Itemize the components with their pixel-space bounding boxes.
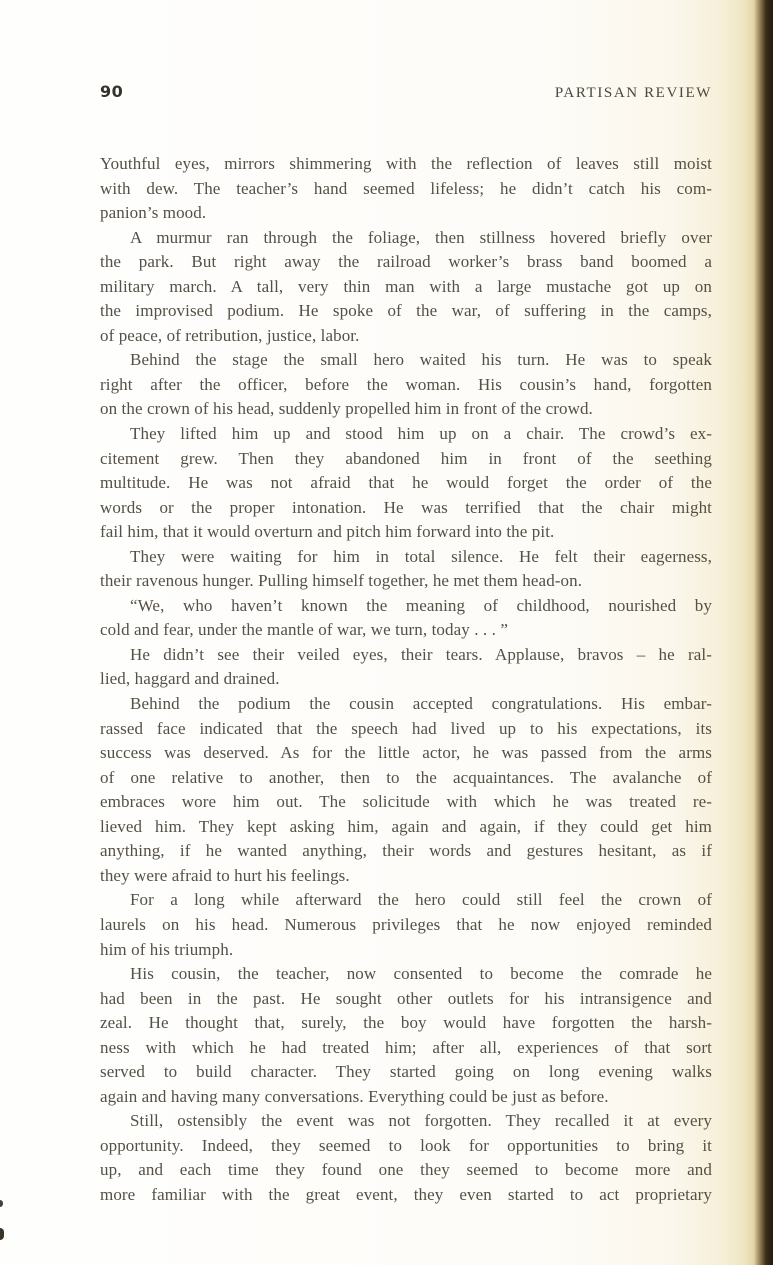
text-line: military march. A tall, very thin man wi… xyxy=(100,275,712,300)
text-line: success was deserved. As for the little … xyxy=(100,741,712,766)
paragraph: Behind the podium the cousin accepted co… xyxy=(100,692,712,888)
text-line: of one relative to another, then to the … xyxy=(100,766,712,791)
paragraph: “We, who haven’t known the meaning of ch… xyxy=(100,594,712,643)
paragraph: They lifted him up and stood him up on a… xyxy=(100,422,712,545)
paragraph: Youthful eyes, mirrors shimmering with t… xyxy=(100,152,712,226)
text-line: rassed face indicated that the speech ha… xyxy=(100,717,712,742)
text-line: They lifted him up and stood him up on a… xyxy=(100,422,712,447)
text-line: zeal. He thought that, surely, the boy w… xyxy=(100,1011,712,1036)
text-line: again and having many conversations. Eve… xyxy=(100,1085,712,1110)
paragraph: Behind the stage the small hero waited h… xyxy=(100,348,712,422)
text-line: They were waiting for him in total silen… xyxy=(100,545,712,570)
running-header: 90 PARTISAN REVIEW xyxy=(100,82,712,102)
text-line: right after the officer, before the woma… xyxy=(100,373,712,398)
text-line: the park. But right away the railroad wo… xyxy=(100,250,712,275)
text-line: panion’s mood. xyxy=(100,201,712,226)
paragraph: Still, ostensibly the event was not forg… xyxy=(100,1109,712,1207)
text-line: Youthful eyes, mirrors shimmering with t… xyxy=(100,152,712,177)
text-line: their ravenous hunger. Pulling himself t… xyxy=(100,569,712,594)
body-text: Youthful eyes, mirrors shimmering with t… xyxy=(100,152,712,1208)
text-line: fail him, that it would overturn and pit… xyxy=(100,520,712,545)
text-line: cold and fear, under the mantle of war, … xyxy=(100,618,712,643)
text-line: citement grew. Then they abandoned him i… xyxy=(100,447,712,472)
text-line: words or the proper intonation. He was t… xyxy=(100,496,712,521)
text-line: lied, haggard and drained. xyxy=(100,667,712,692)
text-line: Behind the podium the cousin accepted co… xyxy=(100,692,712,717)
paragraph: They were waiting for him in total silen… xyxy=(100,545,712,594)
text-line: they were afraid to hurt his feelings. xyxy=(100,864,712,889)
paragraph: For a long while afterward the hero coul… xyxy=(100,888,712,962)
scanned-book-page: 90 PARTISAN REVIEW Youthful eyes, mirror… xyxy=(0,0,773,1265)
text-line: multitude. He was not afraid that he wou… xyxy=(100,471,712,496)
paragraph: A murmur ran through the foliage, then s… xyxy=(100,226,712,349)
text-line: more familiar with the great event, they… xyxy=(100,1183,712,1208)
text-line: For a long while afterward the hero coul… xyxy=(100,888,712,913)
text-line: A murmur ran through the foliage, then s… xyxy=(100,226,712,251)
paragraph: He didn’t see their veiled eyes, their t… xyxy=(100,643,712,692)
text-line: embraces wore him out. The solicitude wi… xyxy=(100,790,712,815)
text-line: “We, who haven’t known the meaning of ch… xyxy=(100,594,712,619)
text-line: of peace, of retribution, justice, labor… xyxy=(100,324,712,349)
text-line: him of his triumph. xyxy=(100,938,712,963)
text-line: up, and each time they found one they se… xyxy=(100,1158,712,1183)
text-line: ness with which he had treated him; afte… xyxy=(100,1036,712,1061)
text-line: with dew. The teacher’s hand seemed life… xyxy=(100,177,712,202)
text-line: He didn’t see their veiled eyes, their t… xyxy=(100,643,712,668)
text-line: lieved him. They kept asking him, again … xyxy=(100,815,712,840)
text-line: on the crown of his head, suddenly prope… xyxy=(100,397,712,422)
text-line: Behind the stage the small hero waited h… xyxy=(100,348,712,373)
text-line: opportunity. Indeed, they seemed to look… xyxy=(100,1134,712,1159)
text-line: Still, ostensibly the event was not forg… xyxy=(100,1109,712,1134)
text-line: had been in the past. He sought other ou… xyxy=(100,987,712,1012)
journal-title: PARTISAN REVIEW xyxy=(555,85,712,102)
text-line: His cousin, the teacher, now consented t… xyxy=(100,962,712,987)
text-line: laurels on his head. Numerous privileges… xyxy=(100,913,712,938)
paragraph: His cousin, the teacher, now consented t… xyxy=(100,962,712,1109)
text-line: served to build character. They started … xyxy=(100,1060,712,1085)
text-line: the improvised podium. He spoke of the w… xyxy=(100,299,712,324)
text-line: anything, if he wanted anything, their w… xyxy=(100,839,712,864)
page-number: 90 xyxy=(100,82,123,101)
